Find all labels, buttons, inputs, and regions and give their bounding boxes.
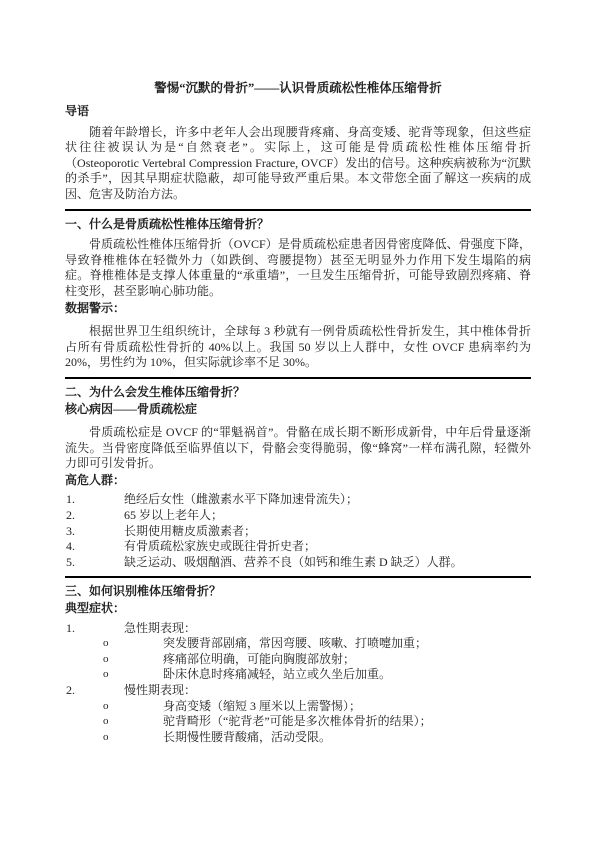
list-item: 2.慢性期表现： bbox=[65, 683, 531, 699]
paragraph: 根据世界卫生组织统计，全球每 3 秒就有一例骨质疏松性骨折发生，其中椎体骨折占所… bbox=[65, 324, 531, 371]
paragraph: 随着年龄增长，许多中老年人会出现腰背疼痛、身高变矮、驼背等现象，但这些症状往往被… bbox=[65, 125, 531, 203]
list-number-marker: 2. bbox=[65, 683, 124, 699]
list-item-text: 急性期表现： bbox=[124, 621, 531, 637]
list-item: 1.绝经后女性（雌激素水平下降加速骨流失）； bbox=[65, 492, 531, 508]
list-item-text: 突发腰背部剧痛，常因弯腰、咳嗽、打喷嚏加重； bbox=[163, 636, 531, 652]
list-item-text: 驼背畸形（“驼背老”可能是多次椎体骨折的结果）； bbox=[163, 714, 531, 730]
list-item: 2.65 岁以上老年人； bbox=[65, 508, 531, 524]
list: 1.急性期表现：o突发腰背部剧痛，常因弯腰、咳嗽、打喷嚏加重；o疼痛部位明确，可… bbox=[65, 621, 531, 746]
list-number-marker: 5. bbox=[65, 555, 124, 571]
section-divider bbox=[65, 576, 531, 578]
list-item-text: 绝经后女性（雌激素水平下降加速骨流失）； bbox=[124, 492, 531, 508]
sub-heading: 核心病因——骨质疏松症 bbox=[65, 402, 531, 418]
page-title: 警惕“沉默的骨折”——认识骨质疏松性椎体压缩骨折 bbox=[65, 79, 531, 98]
sub-list-item: o长期慢性腰背酸痛，活动受限。 bbox=[65, 730, 531, 746]
list-item: 5.缺乏运动、吸烟酗酒、营养不良（如钙和维生素 D 缺乏）人群。 bbox=[65, 555, 531, 571]
list-item-text: 65 岁以上老年人； bbox=[124, 508, 531, 524]
document-body: 警惕“沉默的骨折”——认识骨质疏松性椎体压缩骨折导语随着年龄增长，许多中老年人会… bbox=[65, 79, 531, 745]
list-item-text: 长期慢性腰背酸痛，活动受限。 bbox=[163, 730, 531, 746]
sub-list-item: o疼痛部位明确，可能向胸腹部放射； bbox=[65, 652, 531, 668]
list-item: 3.长期使用糖皮质激素者； bbox=[65, 524, 531, 540]
list-number-marker: 1. bbox=[65, 621, 124, 637]
list-item-text: 缺乏运动、吸烟酗酒、营养不良（如钙和维生素 D 缺乏）人群。 bbox=[124, 555, 531, 571]
sub-heading: 数据警示： bbox=[65, 301, 531, 317]
circle-bullet-marker: o bbox=[103, 730, 163, 746]
sub-list-item: o卧床休息时疼痛减轻，站立或久坐后加重。 bbox=[65, 667, 531, 683]
circle-bullet-marker: o bbox=[103, 699, 163, 715]
document-page: 警惕“沉默的骨折”——认识骨质疏松性椎体压缩骨折导语随着年龄增长，许多中老年人会… bbox=[0, 0, 595, 841]
sub-list-item: o驼背畸形（“驼背老”可能是多次椎体骨折的结果）； bbox=[65, 714, 531, 730]
circle-bullet-marker: o bbox=[103, 714, 163, 730]
circle-bullet-marker: o bbox=[103, 667, 163, 683]
list-item-text: 慢性期表现： bbox=[124, 683, 531, 699]
list: 1.绝经后女性（雌激素水平下降加速骨流失）；2.65 岁以上老年人；3.长期使用… bbox=[65, 492, 531, 570]
sub-heading: 典型症状： bbox=[65, 601, 531, 617]
list-item-text: 卧床休息时疼痛减轻，站立或久坐后加重。 bbox=[163, 667, 531, 683]
section-heading: 导语 bbox=[65, 104, 531, 120]
list-item-text: 有骨质疏松家族史或既往骨折史者； bbox=[124, 539, 531, 555]
circle-bullet-marker: o bbox=[103, 652, 163, 668]
section-divider bbox=[65, 377, 531, 379]
list-item: 1.急性期表现： bbox=[65, 621, 531, 637]
list-item-text: 长期使用糖皮质激素者； bbox=[124, 524, 531, 540]
list-number-marker: 3. bbox=[65, 524, 124, 540]
list-number-marker: 2. bbox=[65, 508, 124, 524]
sub-heading: 高危人群： bbox=[65, 473, 531, 489]
section-divider bbox=[65, 209, 531, 211]
sub-list-item: o身高变矮（缩短 3 厘米以上需警惕）； bbox=[65, 699, 531, 715]
paragraph: 骨质疏松症是 OVCF 的“罪魁祸首”。骨骼在成长期不断形成新骨，中年后骨量逐渐… bbox=[65, 425, 531, 472]
sub-list-item: o突发腰背部剧痛，常因弯腰、咳嗽、打喷嚏加重； bbox=[65, 636, 531, 652]
list-number-marker: 4. bbox=[65, 539, 124, 555]
list-item: 4.有骨质疏松家族史或既往骨折史者； bbox=[65, 539, 531, 555]
list-number-marker: 1. bbox=[65, 492, 124, 508]
section-heading: 二、为什么会发生椎体压缩骨折？ bbox=[65, 385, 531, 401]
paragraph: 骨质疏松性椎体压缩骨折（OVCF）是骨质疏松症患者因骨密度降低、骨强度下降，导致… bbox=[65, 237, 531, 299]
section-heading: 一、什么是骨质疏松性椎体压缩骨折？ bbox=[65, 217, 531, 233]
list-item-text: 身高变矮（缩短 3 厘米以上需警惕）； bbox=[163, 699, 531, 715]
circle-bullet-marker: o bbox=[103, 636, 163, 652]
section-heading: 三、如何识别椎体压缩骨折？ bbox=[65, 584, 531, 600]
list-item-text: 疼痛部位明确，可能向胸腹部放射； bbox=[163, 652, 531, 668]
